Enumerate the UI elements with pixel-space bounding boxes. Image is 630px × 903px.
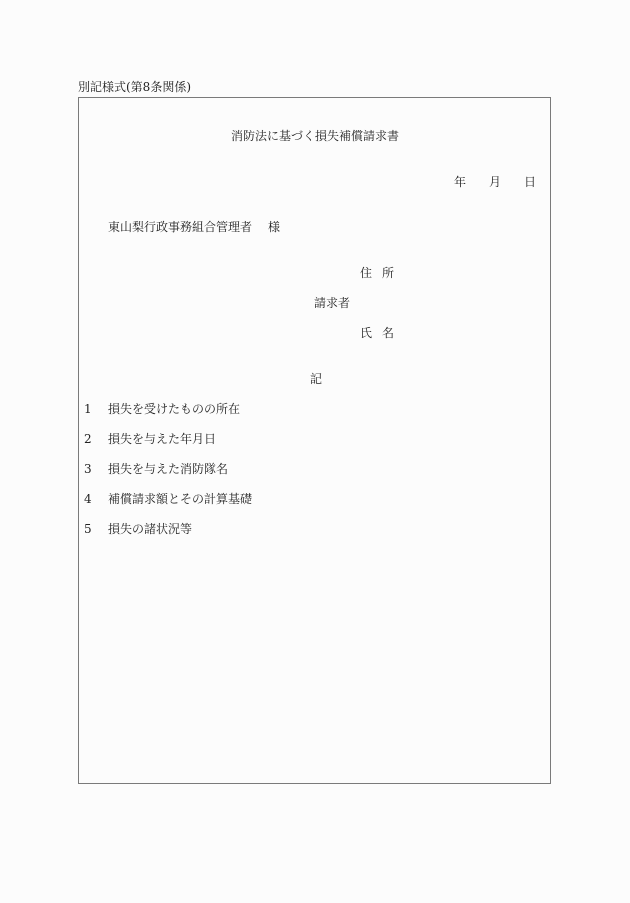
list-item: 3損失を与えた消防隊名 <box>84 462 228 476</box>
item-text: 損失を受けたものの所在 <box>108 402 240 416</box>
address-char-2: 所 <box>382 266 394 280</box>
form-label: 別記様式(第8条関係) <box>78 80 191 94</box>
item-number: 3 <box>84 462 108 476</box>
item-number: 5 <box>84 522 108 536</box>
address-char-1: 住 <box>360 266 372 280</box>
list-item: 2損失を与えた年月日 <box>84 432 216 446</box>
addressee-honorific: 様 <box>268 220 280 234</box>
item-number: 4 <box>84 492 108 506</box>
list-item: 5損失の諸状況等 <box>84 522 192 536</box>
item-text: 損失の諸状況等 <box>108 522 192 536</box>
name-char-2: 名 <box>382 326 394 340</box>
item-text: 損失を与えた年月日 <box>108 432 216 446</box>
item-number: 2 <box>84 432 108 446</box>
name-char-1: 氏 <box>360 326 372 340</box>
addressee: 東山梨行政事務組合管理者様 <box>108 220 280 234</box>
item-text: 損失を与えた消防隊名 <box>108 462 228 476</box>
list-item: 4補償請求額とその計算基礎 <box>84 492 252 506</box>
claimant-label: 請求者 <box>314 296 350 310</box>
item-number: 1 <box>84 402 108 416</box>
date-month-label: 月 <box>489 175 501 189</box>
date-day-label: 日 <box>524 175 536 189</box>
document-title: 消防法に基づく損失補償請求書 <box>0 129 630 143</box>
ki-heading: 記 <box>310 372 322 386</box>
list-item: 1損失を受けたものの所在 <box>84 402 240 416</box>
claimant-name-label: 氏名 <box>360 326 394 340</box>
item-text: 補償請求額とその計算基礎 <box>108 492 252 506</box>
addressee-name: 東山梨行政事務組合管理者 <box>108 220 252 234</box>
claimant-address-label: 住所 <box>360 266 394 280</box>
date-year-label: 年 <box>454 175 466 189</box>
